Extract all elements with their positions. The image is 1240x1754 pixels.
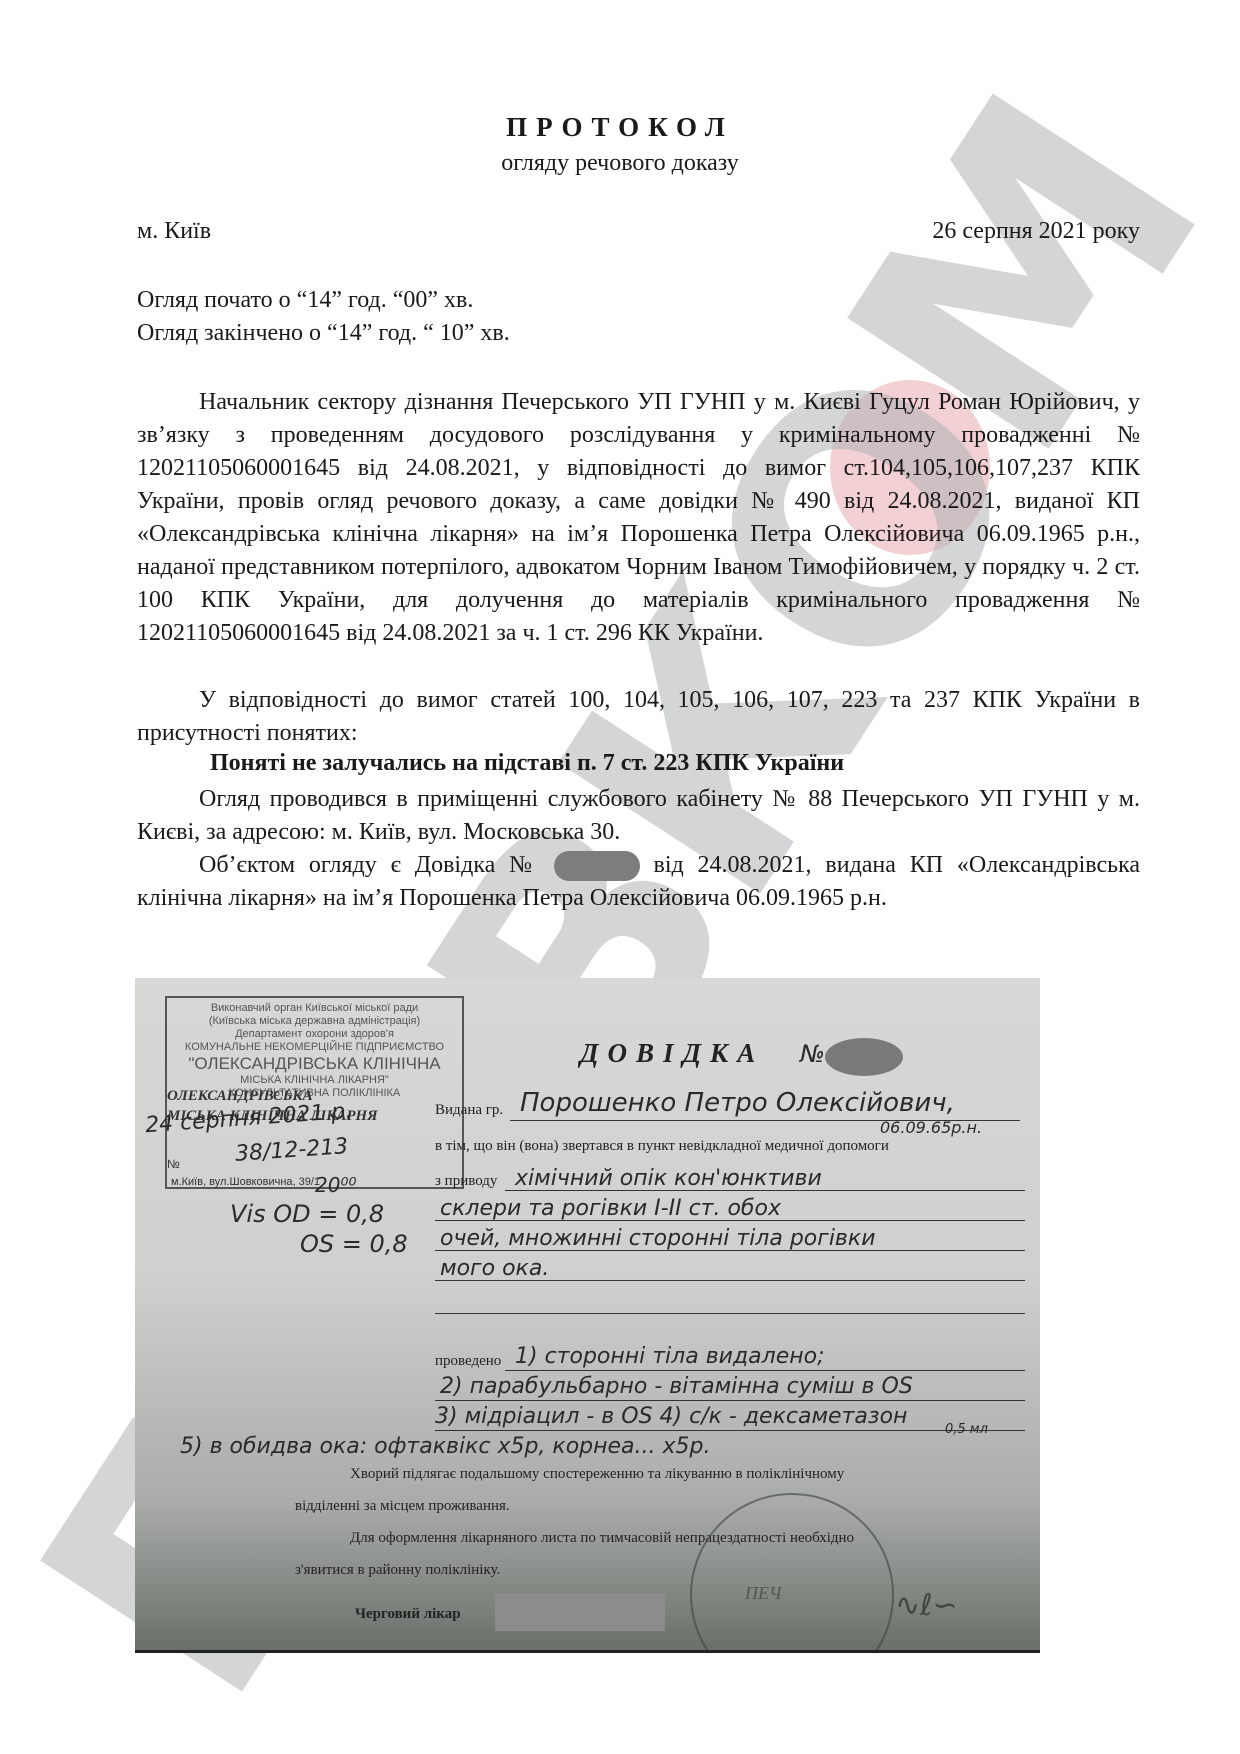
applied-text: в тім, що він (вона) звертався в пункт н… — [435, 1138, 889, 1155]
reason-line: хімічний опік кон'юнктиви — [515, 1166, 822, 1191]
visual-acuity-od: Vis OD = 0,8 — [230, 1200, 384, 1228]
issued-label: Видана гр. — [435, 1102, 503, 1119]
seal-text: ПЕЧ — [745, 1583, 781, 1604]
stamp-line: "ОЛЕКСАНДРІВСЬКА КЛІНІЧНА — [167, 1054, 462, 1074]
reason-line: очей, множинні сторонні тіла рогівки — [440, 1226, 876, 1251]
document-page: ПРОТОКОЛ огляду речового доказу м. Київ … — [0, 0, 1240, 1754]
certificate-number-label: № — [800, 1040, 825, 1068]
paragraph-main: Начальник сектору дізнання Печерського У… — [137, 386, 1140, 650]
stamp-line: Департамент охорони здоров'я — [167, 1028, 462, 1041]
form-line — [435, 1430, 1025, 1431]
redaction-mark — [554, 851, 640, 881]
document-subtitle: огляду речового доказу — [0, 150, 1240, 177]
patient-dob: 06.09.65р.н. — [880, 1118, 982, 1137]
visual-acuity-os: OS = 0,8 — [300, 1230, 408, 1258]
handwritten-time: 20⁰⁰ — [315, 1173, 356, 1197]
performed-line: 2) парабульбарно - вітамінна суміш в OS — [440, 1374, 913, 1399]
seal-stamp — [690, 1493, 894, 1653]
paragraph-witnesses-text: У відповідності до вимог статей 100, 104… — [137, 684, 1140, 750]
doctor-name-redaction — [495, 1593, 665, 1631]
form-line — [505, 1370, 1025, 1371]
reason-line: мого ока. — [440, 1256, 549, 1281]
doctor-label: Черговий лікар — [355, 1606, 461, 1623]
stamp-line: КОМУНАЛЬНЕ НЕКОМЕРЦІЙНЕ ПІДПРИЄМСТВО — [167, 1041, 462, 1054]
sick-leave-text-2: з'явитися в районну поліклініку. — [295, 1562, 500, 1579]
patient-name: Порошенко Петро Олексійович, — [520, 1088, 955, 1118]
paragraph-witnesses: У відповідності до вимог статей 100, 104… — [137, 684, 1140, 750]
certificate-scan: Виконавчий орган Київської міської ради … — [135, 978, 1040, 1653]
dosage-note: 0,5 мл — [945, 1422, 988, 1437]
performed-line: 3) мідріацил - в OS 4) с/к - дексаметазо… — [435, 1404, 907, 1429]
inspection-end-time: Огляд закінчено о “14” год. “ 10” хв. — [137, 320, 510, 347]
document-date: 26 серпня 2021 року — [932, 218, 1140, 245]
stamp-line: МІСЬКА КЛІНІЧНА ЛІКАРНЯ" — [167, 1074, 462, 1087]
form-line — [435, 1313, 1025, 1314]
stamp-address: м.Київ, вул.Шовковична, 39/1 — [171, 1176, 320, 1189]
witnesses-not-involved: Поняті не залучались на підставі п. 7 ст… — [210, 750, 844, 777]
doctor-signature: ∿ℓ∽ — [895, 1588, 958, 1623]
paragraph-main-text: Начальник сектору дізнання Печерського У… — [137, 386, 1140, 650]
paragraph-object-text: Об’єктом огляду є Довідка № від 24.08.20… — [137, 849, 1140, 915]
form-line — [435, 1400, 1025, 1401]
reason-line: склери та рогівки I-II ст. обох — [440, 1196, 781, 1221]
paragraph-location: Огляд проводився в приміщенні службового… — [137, 783, 1140, 849]
paragraph-object: Об’єктом огляду є Довідка № від 24.08.20… — [137, 849, 1140, 915]
followup-text: Хворий підлягає подальшому спостереженню… — [350, 1466, 844, 1483]
followup-text-2: відділенні за місцем проживання. — [295, 1498, 510, 1515]
reason-label: з приводу — [435, 1173, 497, 1190]
performed-line: 5) в обидва ока: офтаквікс х5р, корнеа..… — [180, 1434, 710, 1459]
inspection-start-time: Огляд почато о “14” год. “00” хв. — [137, 287, 473, 314]
certificate-title: ДОВІДКА — [580, 1038, 764, 1069]
stamp-hospital-name: ОЛЕКСАНДРІВСЬКА — [167, 1090, 313, 1103]
performed-line: 1) сторонні тіла видалено; — [515, 1344, 825, 1369]
stamp-number-label: № — [167, 1158, 180, 1171]
redaction-mark — [825, 1038, 903, 1076]
performed-label: проведено — [435, 1353, 501, 1370]
paragraph-location-text: Огляд проводився в приміщенні службового… — [137, 783, 1140, 849]
stamp-line: (Київська міська державна адміністрація) — [167, 1015, 462, 1028]
document-city: м. Київ — [137, 218, 211, 245]
object-text-before: Об’єктом огляду є Довідка № — [199, 852, 540, 878]
document-title: ПРОТОКОЛ — [0, 112, 1240, 143]
stamp-line: Виконавчий орган Київської міської ради — [167, 1002, 462, 1015]
